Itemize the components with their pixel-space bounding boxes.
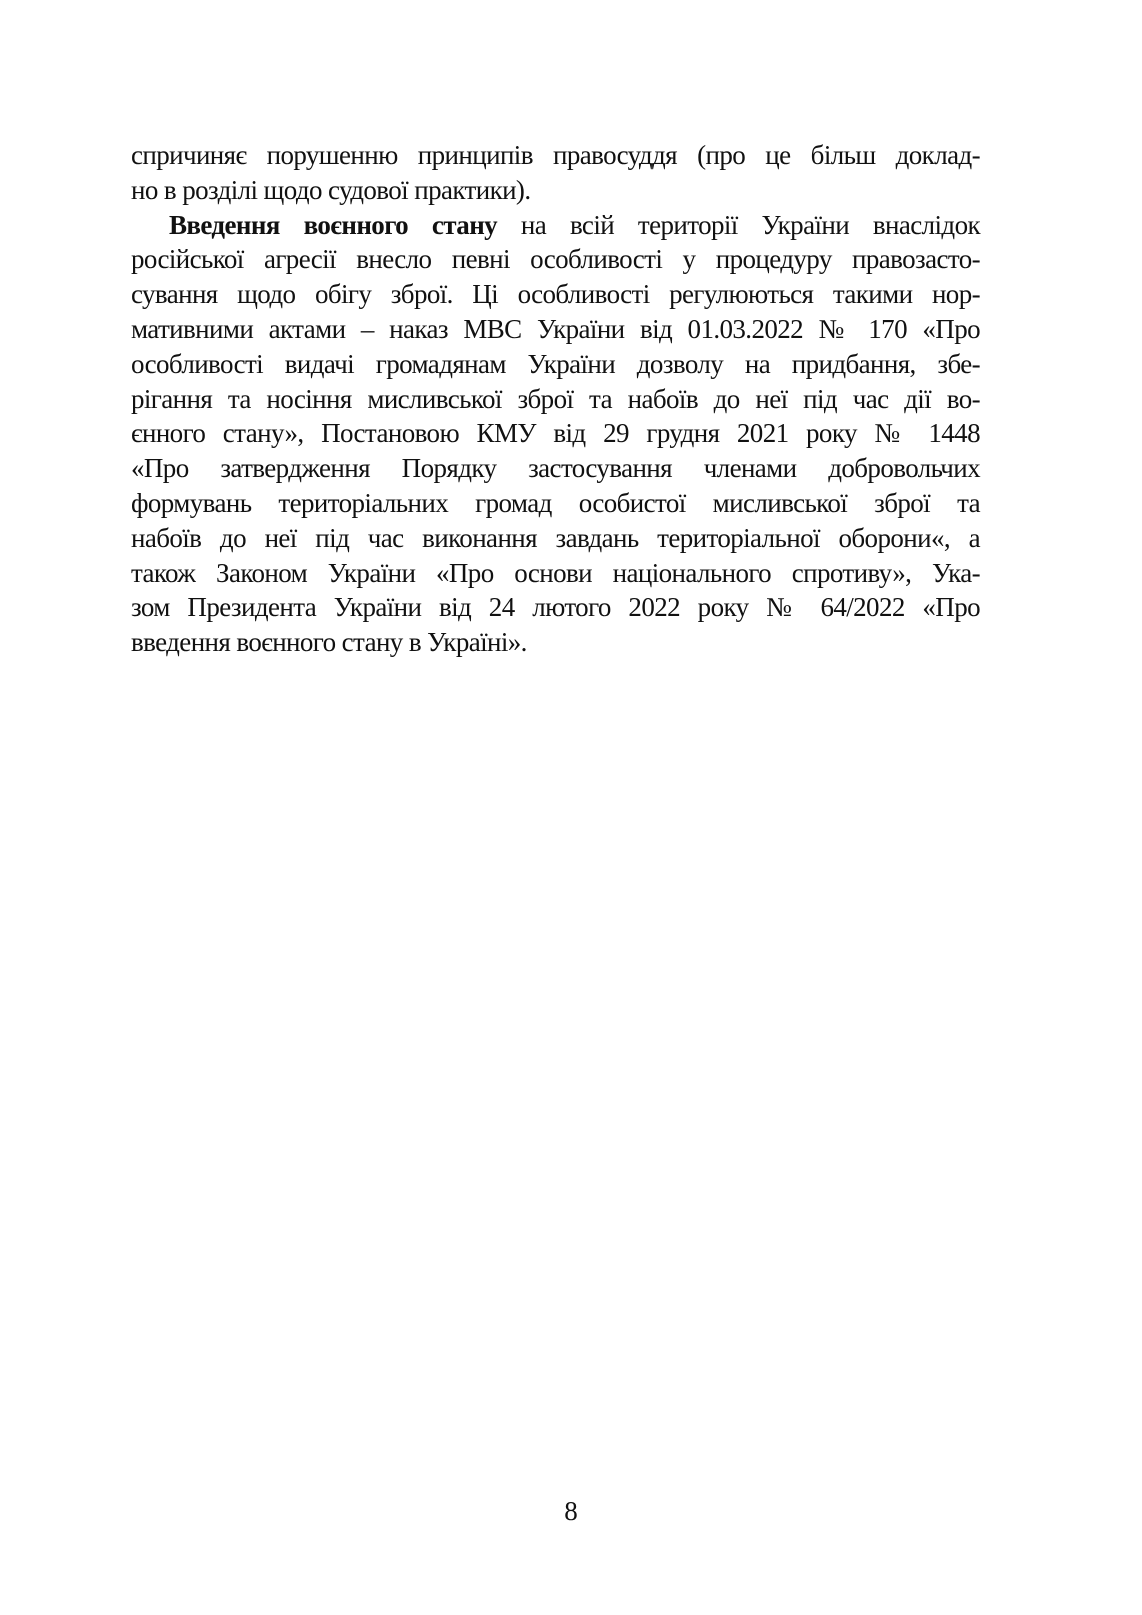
text-line: введення воєнного стану в Україні».	[131, 625, 980, 660]
text-line: сування щодо обігу зброї. Ці особливості…	[131, 277, 980, 312]
text-line: набоїв до неї під час виконання завдань …	[131, 521, 980, 556]
bold-lead-phrase: Введення воєнного стану	[169, 210, 497, 240]
body-text: спричиняє порушенню принципів правосуддя…	[131, 138, 980, 660]
document-page: спричиняє порушенню принципів правосуддя…	[0, 0, 1142, 1615]
text-line: формувань територіальних громад особисто…	[131, 486, 980, 521]
text-line: спричиняє порушенню принципів правосуддя…	[131, 138, 980, 173]
text-line: Введення воєнного стану на всій територі…	[131, 208, 980, 243]
text-line: також Законом України «Про основи націон…	[131, 556, 980, 591]
text-line: особливості видачі громадянам України до…	[131, 347, 980, 382]
text-line: російської агресії внесло певні особливо…	[131, 242, 980, 277]
text-line: «Про затвердження Порядку застосування ч…	[131, 451, 980, 486]
page-number: 8	[0, 1494, 1142, 1528]
text-line: мативними актами – наказ МВС України від…	[131, 312, 980, 347]
text-line: єнного стану», Постановою КМУ від 29 гру…	[131, 416, 980, 451]
text-line: зом Президента України від 24 лютого 202…	[131, 590, 980, 625]
text-line: рігання та носіння мисливської зброї та …	[131, 382, 980, 417]
text-line: но в розділі щодо судової практики).	[131, 173, 980, 208]
text-fragment: на всій території України внаслідок	[497, 210, 980, 240]
